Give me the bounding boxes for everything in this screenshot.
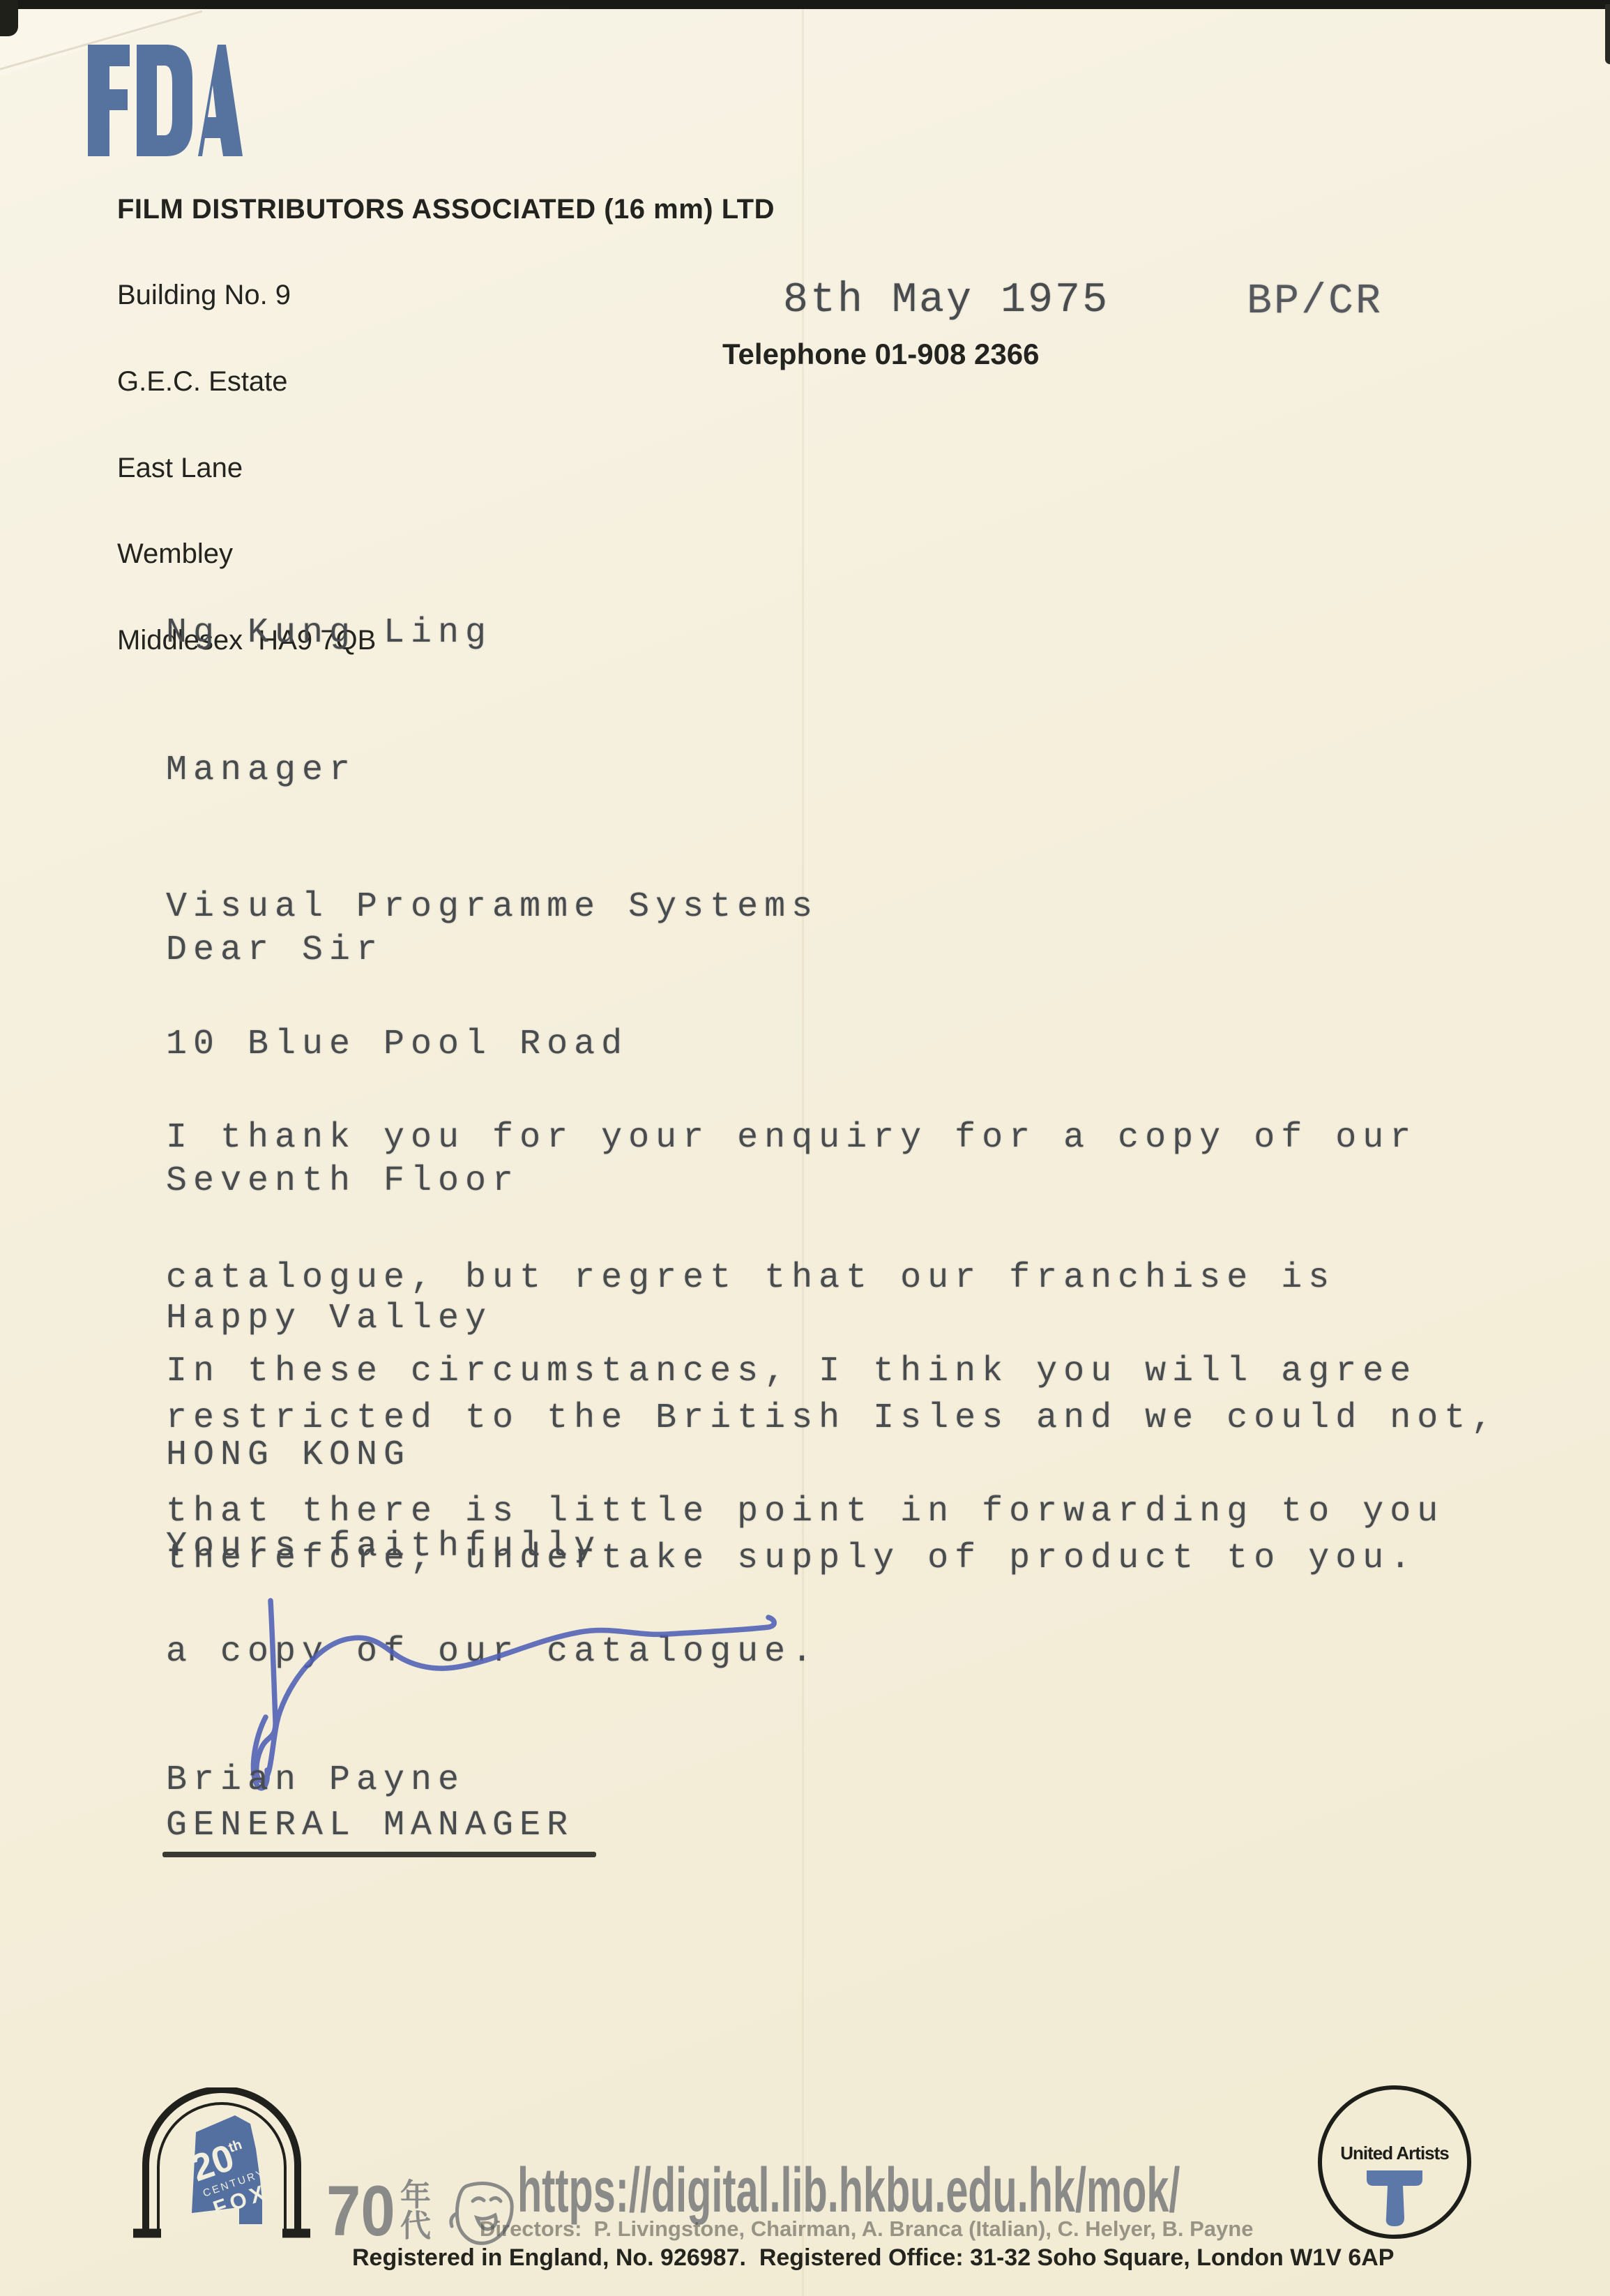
telephone-line: Telephone 01-908 2366	[722, 338, 1039, 371]
signatory-name: Brian Payne	[166, 1760, 465, 1800]
address-line: East Lane	[117, 454, 376, 483]
address-line: G.E.C. Estate	[117, 368, 376, 396]
body-paragraph-2: In these circumstances, I think you will…	[166, 1255, 1444, 1769]
united-artists-logo: United Artists	[1314, 2081, 1475, 2243]
ua-transamerica-t	[1367, 2170, 1422, 2226]
fda-logo	[88, 45, 243, 156]
signatory-title-underline	[162, 1852, 596, 1857]
closing: Yours faithfully	[166, 1527, 601, 1566]
fda-letter-d	[137, 45, 192, 156]
fda-letter-a	[198, 45, 243, 156]
recipient-line: Ng Kung Ling	[166, 610, 819, 656]
address-line: Building No. 9	[117, 281, 376, 310]
body-line: I thank you for your enquiry for a copy …	[166, 1115, 1498, 1161]
body-line: In these circumstances, I think you will…	[166, 1348, 1444, 1395]
registered-line: Registered in England, No. 926987. Regis…	[352, 2244, 1394, 2272]
body-line: a copy of our catalogue.	[166, 1629, 1444, 1675]
scan-edge-right	[1605, 4, 1610, 64]
letter-reference: BP/CR	[1247, 278, 1383, 326]
scan-edge-left	[0, 0, 18, 36]
company-name: FILM DISTRIBUTORS ASSOCIATED (16 mm) LTD	[117, 194, 775, 225]
recipient-line: Manager	[166, 748, 819, 794]
ua-logo-text: United Artists	[1340, 2143, 1449, 2163]
signatory-title: GENERAL MANAGER	[166, 1806, 574, 1845]
watermark-cjk-nindai: 年代	[400, 2180, 435, 2242]
watermark-70: 70	[326, 2177, 395, 2244]
recipient-line: Visual Programme Systems	[166, 884, 819, 930]
letter-date: 8th May 1975	[783, 277, 1109, 324]
salutation: Dear Sir	[166, 930, 383, 970]
scan-edge-top	[0, 0, 1610, 9]
fda-letter-f	[88, 45, 130, 156]
twentieth-century-fox-logo: 20 th CENTURY FOX	[129, 2087, 314, 2240]
directors-line: Directors: P. Livingstone, Chairman, A. …	[480, 2216, 1253, 2242]
scanned-letter-page: FDA FILM DISTRIBUTORS ASSOCIATED (16 mm)…	[0, 0, 1610, 2296]
